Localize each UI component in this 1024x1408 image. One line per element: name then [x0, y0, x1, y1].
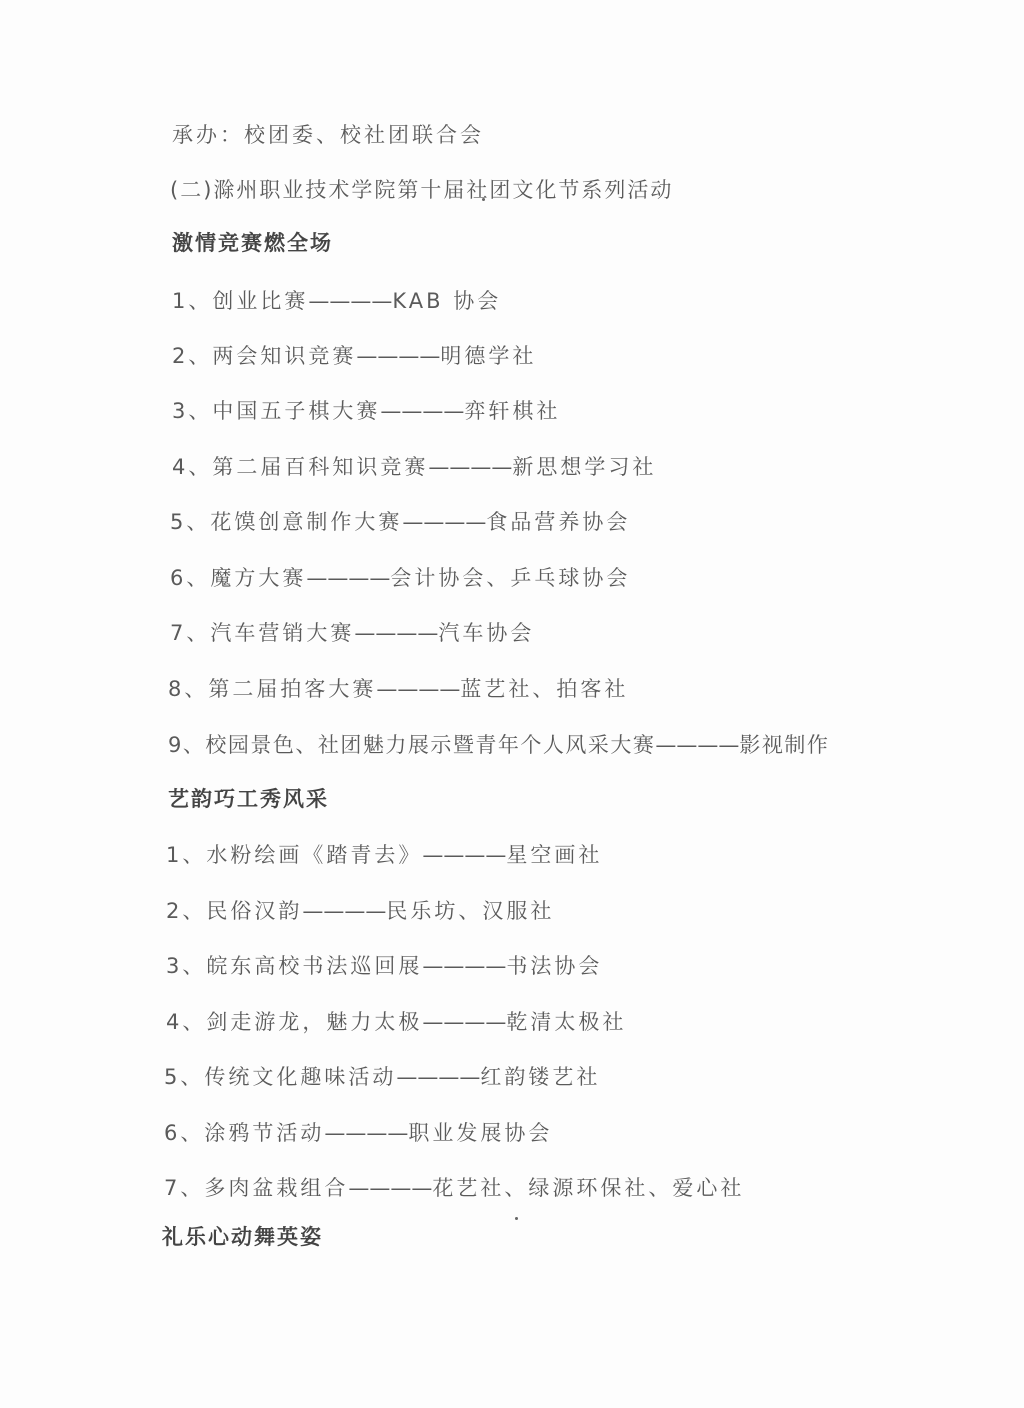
item-dash: ————	[356, 344, 440, 368]
list-item: 4、第二届百科知识竞赛————新思想学习社	[172, 453, 656, 481]
item-dash: ————	[428, 455, 512, 479]
item-title: 2、民俗汉韵	[166, 899, 302, 923]
item-title: 3、皖东高校书法巡回展	[166, 954, 422, 978]
item-dash: ————	[302, 899, 386, 923]
list-item: 1、水粉绘画《踏青去》————星空画社	[166, 841, 602, 869]
item-title: 6、魔方大赛	[170, 566, 306, 590]
item-title: 7、多肉盆栽组合	[164, 1176, 348, 1200]
group-heading-arts: 艺韵巧工秀风采	[168, 785, 329, 813]
item-organizer: 弈轩棋社	[464, 399, 560, 423]
group-heading-music-dance: 礼乐心动舞英姿	[162, 1223, 323, 1251]
item-title: 5、传统文化趣味活动	[164, 1065, 396, 1089]
item-dash: ————	[348, 1176, 432, 1200]
list-item: 7、汽车营销大赛————汽车协会	[170, 619, 534, 647]
item-title: 7、汽车营销大赛	[170, 621, 354, 645]
item-organizer: 蓝艺社、拍客社	[460, 677, 628, 701]
item-title: 1、水粉绘画《踏青去》	[166, 843, 422, 867]
list-item: 4、剑走游龙，魅力太极————乾清太极社	[166, 1008, 626, 1036]
item-dash: ————	[402, 510, 486, 534]
list-item: 6、涂鸦节活动————职业发展协会	[164, 1119, 552, 1147]
item-organizer: 花艺社、绿源环保社、爱心社	[432, 1176, 744, 1200]
list-item: 5、传统文化趣味活动————红韵镂艺社	[164, 1063, 600, 1091]
item-title: 9、校园景色、社团魅力展示暨青年个人风采大赛	[168, 733, 655, 757]
item-title: 1、创业比赛	[172, 289, 308, 313]
item-dash: ————	[354, 621, 438, 645]
item-dash: ————	[376, 677, 460, 701]
item-dash: ————	[655, 733, 739, 757]
item-title: 6、涂鸦节活动	[164, 1121, 324, 1145]
item-dash: ————	[422, 1010, 506, 1034]
item-dash: ————	[324, 1121, 408, 1145]
item-dash: ————	[422, 843, 506, 867]
item-organizer: 民乐坊、汉服社	[386, 899, 554, 923]
item-organizer: 汽车协会	[438, 621, 534, 645]
list-item: 5、花馍创意制作大赛————食品营养协会	[170, 508, 630, 536]
list-item: 8、第二届拍客大赛————蓝艺社、拍客社	[168, 675, 628, 703]
list-item: 3、中国五子棋大赛————弈轩棋社	[172, 397, 560, 425]
scan-speck	[515, 1217, 518, 1220]
organizer-line: 承办：校团委、校社团联合会	[172, 121, 484, 149]
list-item: 9、校园景色、社团魅力展示暨青年个人风采大赛————影视制作	[168, 731, 829, 759]
list-item: 7、多肉盆栽组合————花艺社、绿源环保社、爱心社	[164, 1174, 744, 1202]
item-organizer: 红韵镂艺社	[480, 1065, 600, 1089]
item-organizer: 职业发展协会	[408, 1121, 552, 1145]
item-title: 2、两会知识竞赛	[172, 344, 356, 368]
list-item: 3、皖东高校书法巡回展————书法协会	[166, 952, 602, 980]
section-title: (二)滁州职业技术学院第十届社团文化节系列活动	[170, 176, 673, 204]
item-organizer: 会计协会、乒乓球协会	[390, 566, 630, 590]
item-title: 5、花馍创意制作大赛	[170, 510, 402, 534]
item-organizer: 食品营养协会	[486, 510, 630, 534]
item-title: 4、第二届百科知识竞赛	[172, 455, 428, 479]
list-item: 6、魔方大赛————会计协会、乒乓球协会	[170, 564, 630, 592]
item-organizer: 新思想学习社	[512, 455, 656, 479]
list-item: 2、民俗汉韵————民乐坊、汉服社	[166, 897, 554, 925]
item-organizer: 书法协会	[506, 954, 602, 978]
item-title: 4、剑走游龙，魅力太极	[166, 1010, 422, 1034]
item-organizer: 影视制作	[739, 733, 829, 757]
scanned-document-page: 承办：校团委、校社团联合会 (二)滁州职业技术学院第十届社团文化节系列活动 激情…	[0, 0, 1024, 1408]
item-dash: ————	[308, 289, 392, 313]
list-item: 2、两会知识竞赛————明德学社	[172, 342, 536, 370]
item-dash: ————	[422, 954, 506, 978]
item-dash: ————	[396, 1065, 480, 1089]
list-item: 1、创业比赛————KAB 协会	[172, 287, 501, 315]
group-heading-competitions: 激情竞赛燃全场	[172, 229, 333, 257]
item-organizer: 星空画社	[506, 843, 602, 867]
item-dash: ————	[380, 399, 464, 423]
item-organizer: KAB 协会	[392, 289, 501, 313]
scan-speck	[482, 198, 485, 201]
item-organizer: 明德学社	[440, 344, 536, 368]
item-organizer: 乾清太极社	[506, 1010, 626, 1034]
item-title: 8、第二届拍客大赛	[168, 677, 376, 701]
item-dash: ————	[306, 566, 390, 590]
item-title: 3、中国五子棋大赛	[172, 399, 380, 423]
